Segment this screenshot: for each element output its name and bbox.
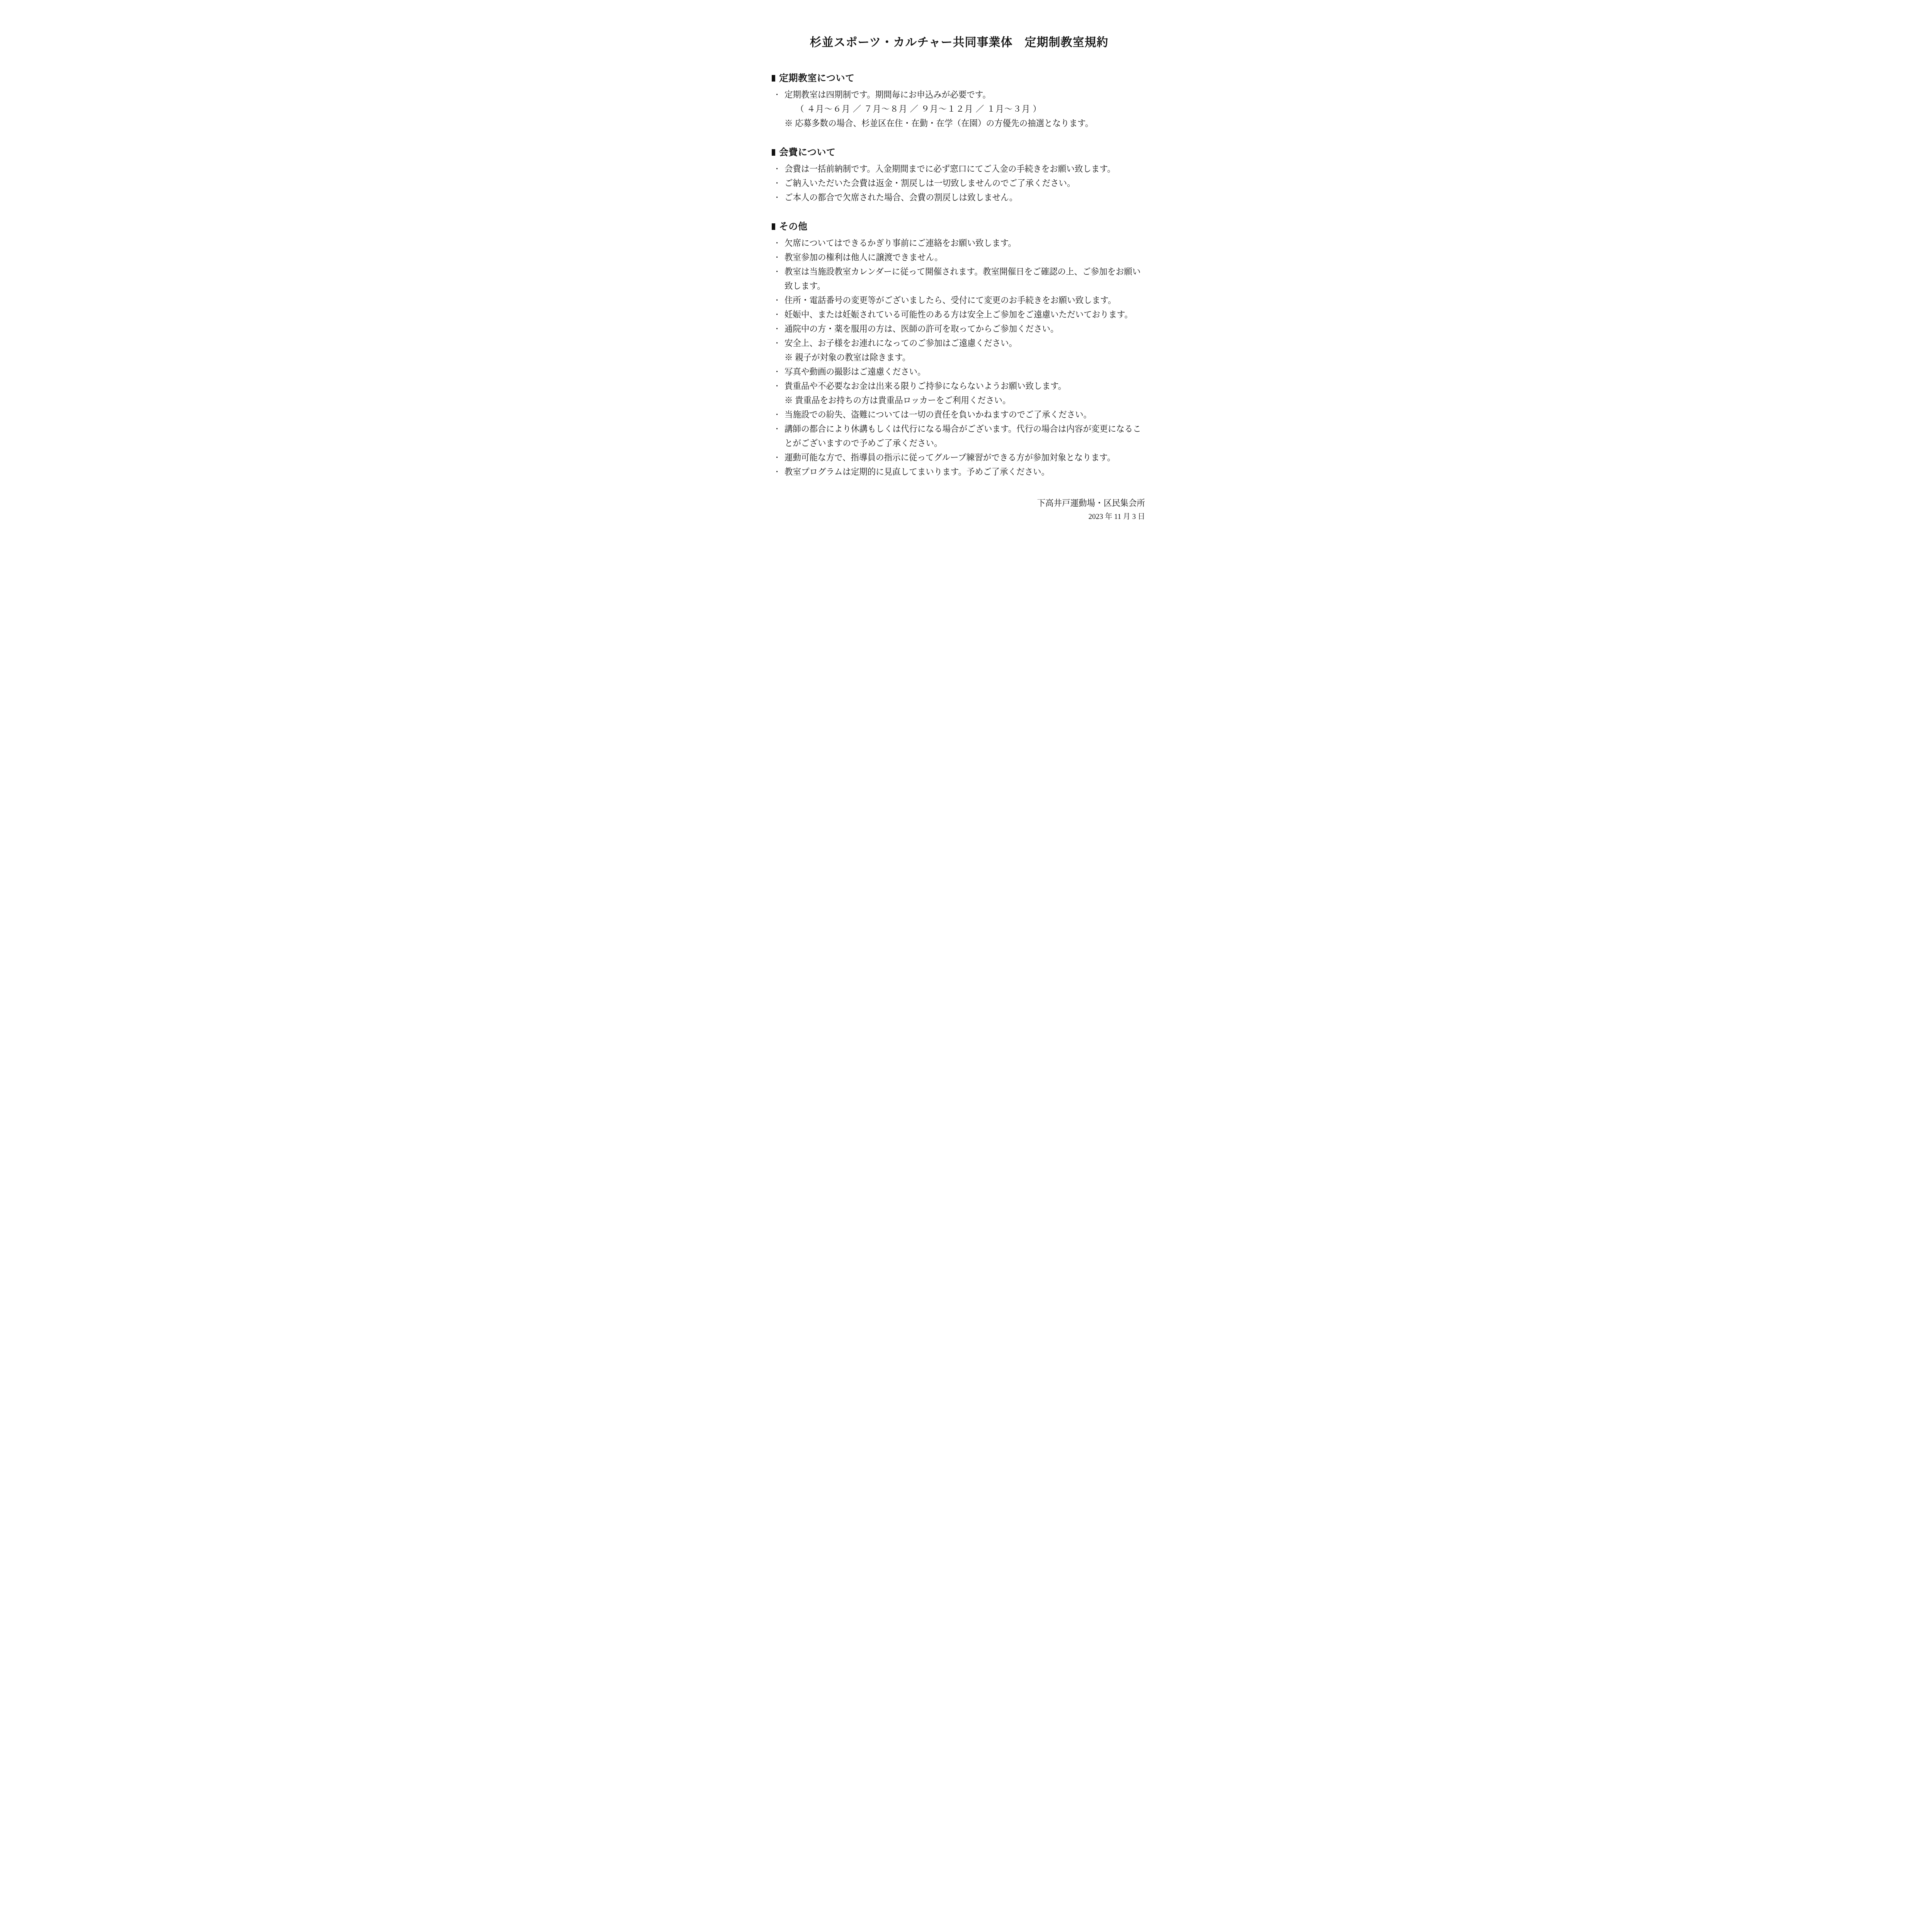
- section-kaihi: 会費について ・会費は一括前納制です。入金期間までに必ず窓口にてご入金の手続きを…: [772, 145, 1147, 205]
- list-item-text: ※ 応募多数の場合、杉並区在住・在勤・在学（在園）の方優先の抽選となります。: [784, 119, 1093, 128]
- bullet-marker: ・: [774, 365, 780, 379]
- list-item-text: 妊娠中、または妊娠されている可能性のある方は安全上ご参加をご遠慮いただいておりま…: [784, 310, 1133, 319]
- list-item: ・通院中の方・薬を服用の方は、医師の許可を取ってからご参加ください。: [772, 322, 1147, 336]
- list-item: ・教室は当施設教室カレンダーに従って開催されます。教室開催日をご確認の上、ご参加…: [772, 265, 1147, 293]
- list-item: ・妊娠中、または妊娠されている可能性のある方は安全上ご参加をご遠慮いただいており…: [772, 308, 1147, 322]
- list-item-text: 貴重品や不必要なお金は出来る限りご持参にならないようお願い致します。: [784, 381, 1066, 391]
- list-item: ・教室参加の権利は他人に譲渡できません。: [772, 250, 1147, 265]
- footer-organization: 下高井戸運動場・区民集会所: [772, 496, 1145, 510]
- list-item: （ ４月～６月 ／ ７月～８月 ／ ９月～１２月 ／ １月～３月 ）: [772, 102, 1147, 116]
- list-item-text: 定期教室は四期制です。期間毎にお申込みが必要です。: [784, 90, 991, 99]
- list-item-text: 住所・電話番号の変更等がございましたら、受付にて変更のお手続きをお願い致します。: [784, 296, 1116, 305]
- bullet-marker: ・: [774, 379, 780, 393]
- list-item-text: 通院中の方・薬を服用の方は、医師の許可を取ってからご参加ください。: [784, 324, 1059, 333]
- list-item-text: 教室プログラムは定期的に見直してまいります。予めご了承ください。: [784, 467, 1050, 476]
- list-item: ・欠席についてはできるかぎり事前にご連絡をお願い致します。: [772, 236, 1147, 250]
- list-item-text: （ ４月～６月 ／ ７月～８月 ／ ９月～１２月 ／ １月～３月 ）: [796, 104, 1041, 114]
- list-item-text: 欠席についてはできるかぎり事前にご連絡をお願い致します。: [784, 238, 1016, 248]
- list-item: ・当施設での紛失、盗難については一切の責任を負いかねますのでご了承ください。: [772, 408, 1147, 422]
- list-item: ・運動可能な方で、指導員の指示に従ってグループ練習ができる方が参加対象となります…: [772, 451, 1147, 465]
- square-marker-icon: [772, 75, 775, 82]
- bullet-marker: ・: [774, 88, 780, 102]
- section-teiki-kyoshitsu: 定期教室について ・定期教室は四期制です。期間毎にお申込みが必要です。 （ ４月…: [772, 70, 1147, 131]
- list-item: ※ 貴重品をお持ちの方は貴重品ロッカーをご利用ください。: [772, 393, 1147, 408]
- bullet-marker: ・: [774, 408, 780, 422]
- list-item: ・写真や動画の撮影はご遠慮ください。: [772, 365, 1147, 379]
- square-marker-icon: [772, 223, 775, 230]
- list-item-text: 講師の都合により休講もしくは代行になる場合がございます。代行の場合は内容が変更に…: [784, 424, 1141, 448]
- section-heading-text: 定期教室について: [779, 73, 855, 83]
- list-item: ※ 応募多数の場合、杉並区在住・在勤・在学（在園）の方優先の抽選となります。: [772, 116, 1147, 131]
- page-title: 杉並スポーツ・カルチャー共同事業体 定期制教室規約: [772, 32, 1147, 49]
- list-item-text: 教室参加の権利は他人に譲渡できません。: [784, 253, 943, 262]
- list-item: ・貴重品や不必要なお金は出来る限りご持参にならないようお願い致します。: [772, 379, 1147, 393]
- section-item-list: ・定期教室は四期制です。期間毎にお申込みが必要です。 （ ４月～６月 ／ ７月～…: [772, 88, 1147, 131]
- bullet-marker: ・: [774, 176, 780, 190]
- bullet-marker: ・: [774, 250, 780, 265]
- list-item-text: 運動可能な方で、指導員の指示に従ってグループ練習ができる方が参加対象となります。: [784, 453, 1115, 462]
- bullet-marker: ・: [774, 162, 780, 176]
- list-item-text: 教室は当施設教室カレンダーに従って開催されます。教室開催日をご確認の上、ご参加を…: [784, 267, 1140, 291]
- list-item: ・安全上、お子様をお連れになってのご参加はご遠慮ください。: [772, 336, 1147, 350]
- bullet-marker: ・: [774, 190, 780, 205]
- list-item-text: ※ 親子が対象の教室は除きます。: [784, 353, 910, 362]
- list-item: ・住所・電話番号の変更等がございましたら、受付にて変更のお手続きをお願い致します…: [772, 293, 1147, 308]
- section-sonota: その他 ・欠席についてはできるかぎり事前にご連絡をお願い致します。 ・教室参加の…: [772, 219, 1147, 479]
- list-item: ・ご納入いただいた会費は返金・割戻しは一切致しませんのでご了承ください。: [772, 176, 1147, 190]
- list-item: ・定期教室は四期制です。期間毎にお申込みが必要です。: [772, 88, 1147, 102]
- bullet-marker: ・: [774, 236, 780, 250]
- bullet-marker: ・: [774, 265, 780, 279]
- bullet-marker: ・: [774, 322, 780, 336]
- square-marker-icon: [772, 149, 775, 156]
- section-heading: 会費について: [772, 145, 1147, 158]
- document-page: 杉並スポーツ・カルチャー共同事業体 定期制教室規約 定期教室について ・定期教室…: [745, 0, 1171, 601]
- bullet-marker: ・: [774, 451, 780, 465]
- list-item-text: ご納入いただいた会費は返金・割戻しは一切致しませんのでご了承ください。: [784, 179, 1075, 188]
- section-heading: その他: [772, 219, 1147, 232]
- bullet-marker: ・: [774, 308, 780, 322]
- footer: 下高井戸運動場・区民集会所 2023 年 11 月 3 日: [772, 496, 1147, 524]
- footer-date: 2023 年 11 月 3 日: [772, 510, 1145, 524]
- section-heading-text: その他: [779, 222, 808, 232]
- bullet-marker: ・: [774, 336, 780, 350]
- list-item-text: ※ 貴重品をお持ちの方は貴重品ロッカーをご利用ください。: [784, 396, 1011, 405]
- list-item-text: 写真や動画の撮影はご遠慮ください。: [784, 367, 926, 376]
- section-item-list: ・会費は一括前納制です。入金期間までに必ず窓口にてご入金の手続きをお願い致します…: [772, 162, 1147, 205]
- list-item: ・講師の都合により休講もしくは代行になる場合がございます。代行の場合は内容が変更…: [772, 422, 1147, 451]
- bullet-marker: ・: [774, 293, 780, 308]
- list-item-text: ご本人の都合で欠席された場合、会費の割戻しは致しません。: [784, 193, 1018, 202]
- list-item-text: 安全上、お子様をお連れになってのご参加はご遠慮ください。: [784, 338, 1017, 348]
- list-item: ・会費は一括前納制です。入金期間までに必ず窓口にてご入金の手続きをお願い致します…: [772, 162, 1147, 176]
- list-item: ・教室プログラムは定期的に見直してまいります。予めご了承ください。: [772, 465, 1147, 479]
- bullet-marker: ・: [774, 422, 780, 436]
- list-item-text: 会費は一括前納制です。入金期間までに必ず窓口にてご入金の手続きをお願い致します。: [784, 164, 1116, 173]
- section-heading-text: 会費について: [779, 148, 836, 158]
- list-item: ※ 親子が対象の教室は除きます。: [772, 350, 1147, 365]
- section-item-list: ・欠席についてはできるかぎり事前にご連絡をお願い致します。 ・教室参加の権利は他…: [772, 236, 1147, 479]
- bullet-marker: ・: [774, 465, 780, 479]
- list-item-text: 当施設での紛失、盗難については一切の責任を負いかねますのでご了承ください。: [784, 410, 1092, 419]
- section-heading: 定期教室について: [772, 70, 1147, 84]
- list-item: ・ご本人の都合で欠席された場合、会費の割戻しは致しません。: [772, 190, 1147, 205]
